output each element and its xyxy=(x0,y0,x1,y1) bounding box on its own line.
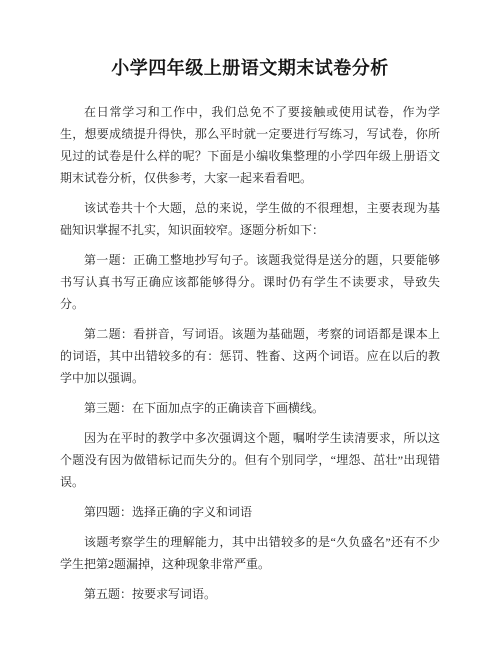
paragraph-question-2: 第二题：看拼音，写词语。该题为基础题，考察的词语都是课本上的词语，其中出错较多的… xyxy=(60,323,440,389)
paragraph-question-4: 第四题：选择正确的字义和词语 xyxy=(60,501,440,523)
document-body: 在日常学习和工作中，我们总免不了要接触或使用试卷，作为学生，想要成绩提升得快，那… xyxy=(60,101,440,605)
paragraph-question-1: 第一题：正确工整地抄写句子。该题我觉得是送分的题，只要能够书写认真书写正确应该都… xyxy=(60,249,440,315)
paragraph-question-5: 第五题：按要求写词语。 xyxy=(60,583,440,605)
document-title: 小学四年级上册语文期末试卷分析 xyxy=(0,0,500,82)
paragraph-intro: 在日常学习和工作中，我们总免不了要接触或使用试卷，作为学生，想要成绩提升得快，那… xyxy=(60,101,440,189)
document-page: 小学四年级上册语文期末试卷分析 在日常学习和工作中，我们总免不了要接触或使用试卷… xyxy=(0,0,500,647)
paragraph-overview: 该试卷共十个大题，总的来说，学生做的不很理想，主要表现为基础知识掌握不扎实，知识… xyxy=(60,197,440,241)
paragraph-question-3: 第三题：在下面加点字的正确读音下画横线。 xyxy=(60,397,440,419)
paragraph-question-3-detail: 因为在平时的教学中多次强调这个题，嘱咐学生读清要求，所以这个题没有因为做错标记而… xyxy=(60,427,440,493)
paragraph-question-4-detail: 该题考察学生的理解能力，其中出错较多的是“久负盛名”还有不少学生把第2题漏掉，这… xyxy=(60,531,440,575)
